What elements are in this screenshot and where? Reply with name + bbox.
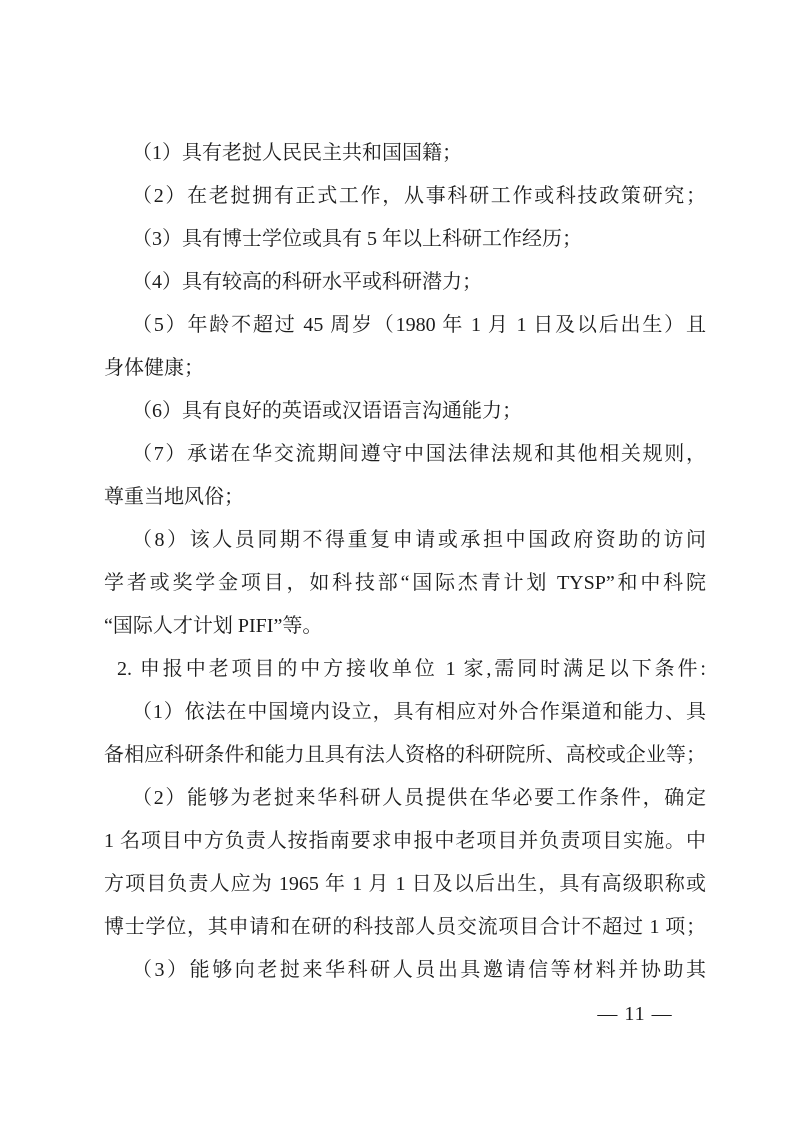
text-line: （5）年龄不超过 45 周岁（1980 年 1 月 1 日及以后出生）且	[104, 304, 706, 347]
text-line: （2）在老挝拥有正式工作，从事科研工作或科技政策研究；	[104, 175, 706, 218]
text-line: 学者或奖学金项目，如科技部“国际杰青计划 TYSP”和中科院	[104, 562, 706, 605]
text-line: （3）具有博士学位或具有 5 年以上科研工作经历；	[104, 218, 706, 261]
document-body: （1）具有老挝人民民主共和国国籍；（2）在老挝拥有正式工作，从事科研工作或科技政…	[104, 132, 706, 992]
text-line: 身体健康；	[104, 347, 706, 390]
text-line: 博士学位，其申请和在研的科技部人员交流项目合计不超过 1 项；	[104, 906, 706, 949]
text-line: 1 名项目中方负责人按指南要求申报中老项目并负责项目实施。中	[104, 820, 706, 863]
document-page: （1）具有老挝人民民主共和国国籍；（2）在老挝拥有正式工作，从事科研工作或科技政…	[0, 0, 794, 1123]
text-line: （1）依法在中国境内设立，具有相应对外合作渠道和能力、具	[104, 691, 706, 734]
text-line: （2）能够为老挝来华科研人员提供在华必要工作条件，确定	[104, 777, 706, 820]
text-line: 尊重当地风俗；	[104, 476, 706, 519]
text-line: “国际人才计划 PIFI”等。	[104, 605, 706, 648]
text-line: 方项目负责人应为 1965 年 1 月 1 日及以后出生，具有高级职称或	[104, 863, 706, 906]
text-line: 备相应科研条件和能力且具有法人资格的科研院所、高校或企业等；	[104, 734, 706, 777]
text-line: （6）具有良好的英语或汉语语言沟通能力；	[104, 390, 706, 433]
page-number: — 11 —	[560, 1001, 710, 1027]
text-line: （3）能够向老挝来华科研人员出具邀请信等材料并协助其	[104, 949, 706, 992]
text-line: （8）该人员同期不得重复申请或承担中国政府资助的访问	[104, 519, 706, 562]
text-line: 2. 申报中老项目的中方接收单位 1 家,需同时满足以下条件:	[104, 648, 706, 691]
text-line: （7）承诺在华交流期间遵守中国法律法规和其他相关规则，	[104, 433, 706, 476]
text-line: （4）具有较高的科研水平或科研潜力；	[104, 261, 706, 304]
text-line: （1）具有老挝人民民主共和国国籍；	[104, 132, 706, 175]
